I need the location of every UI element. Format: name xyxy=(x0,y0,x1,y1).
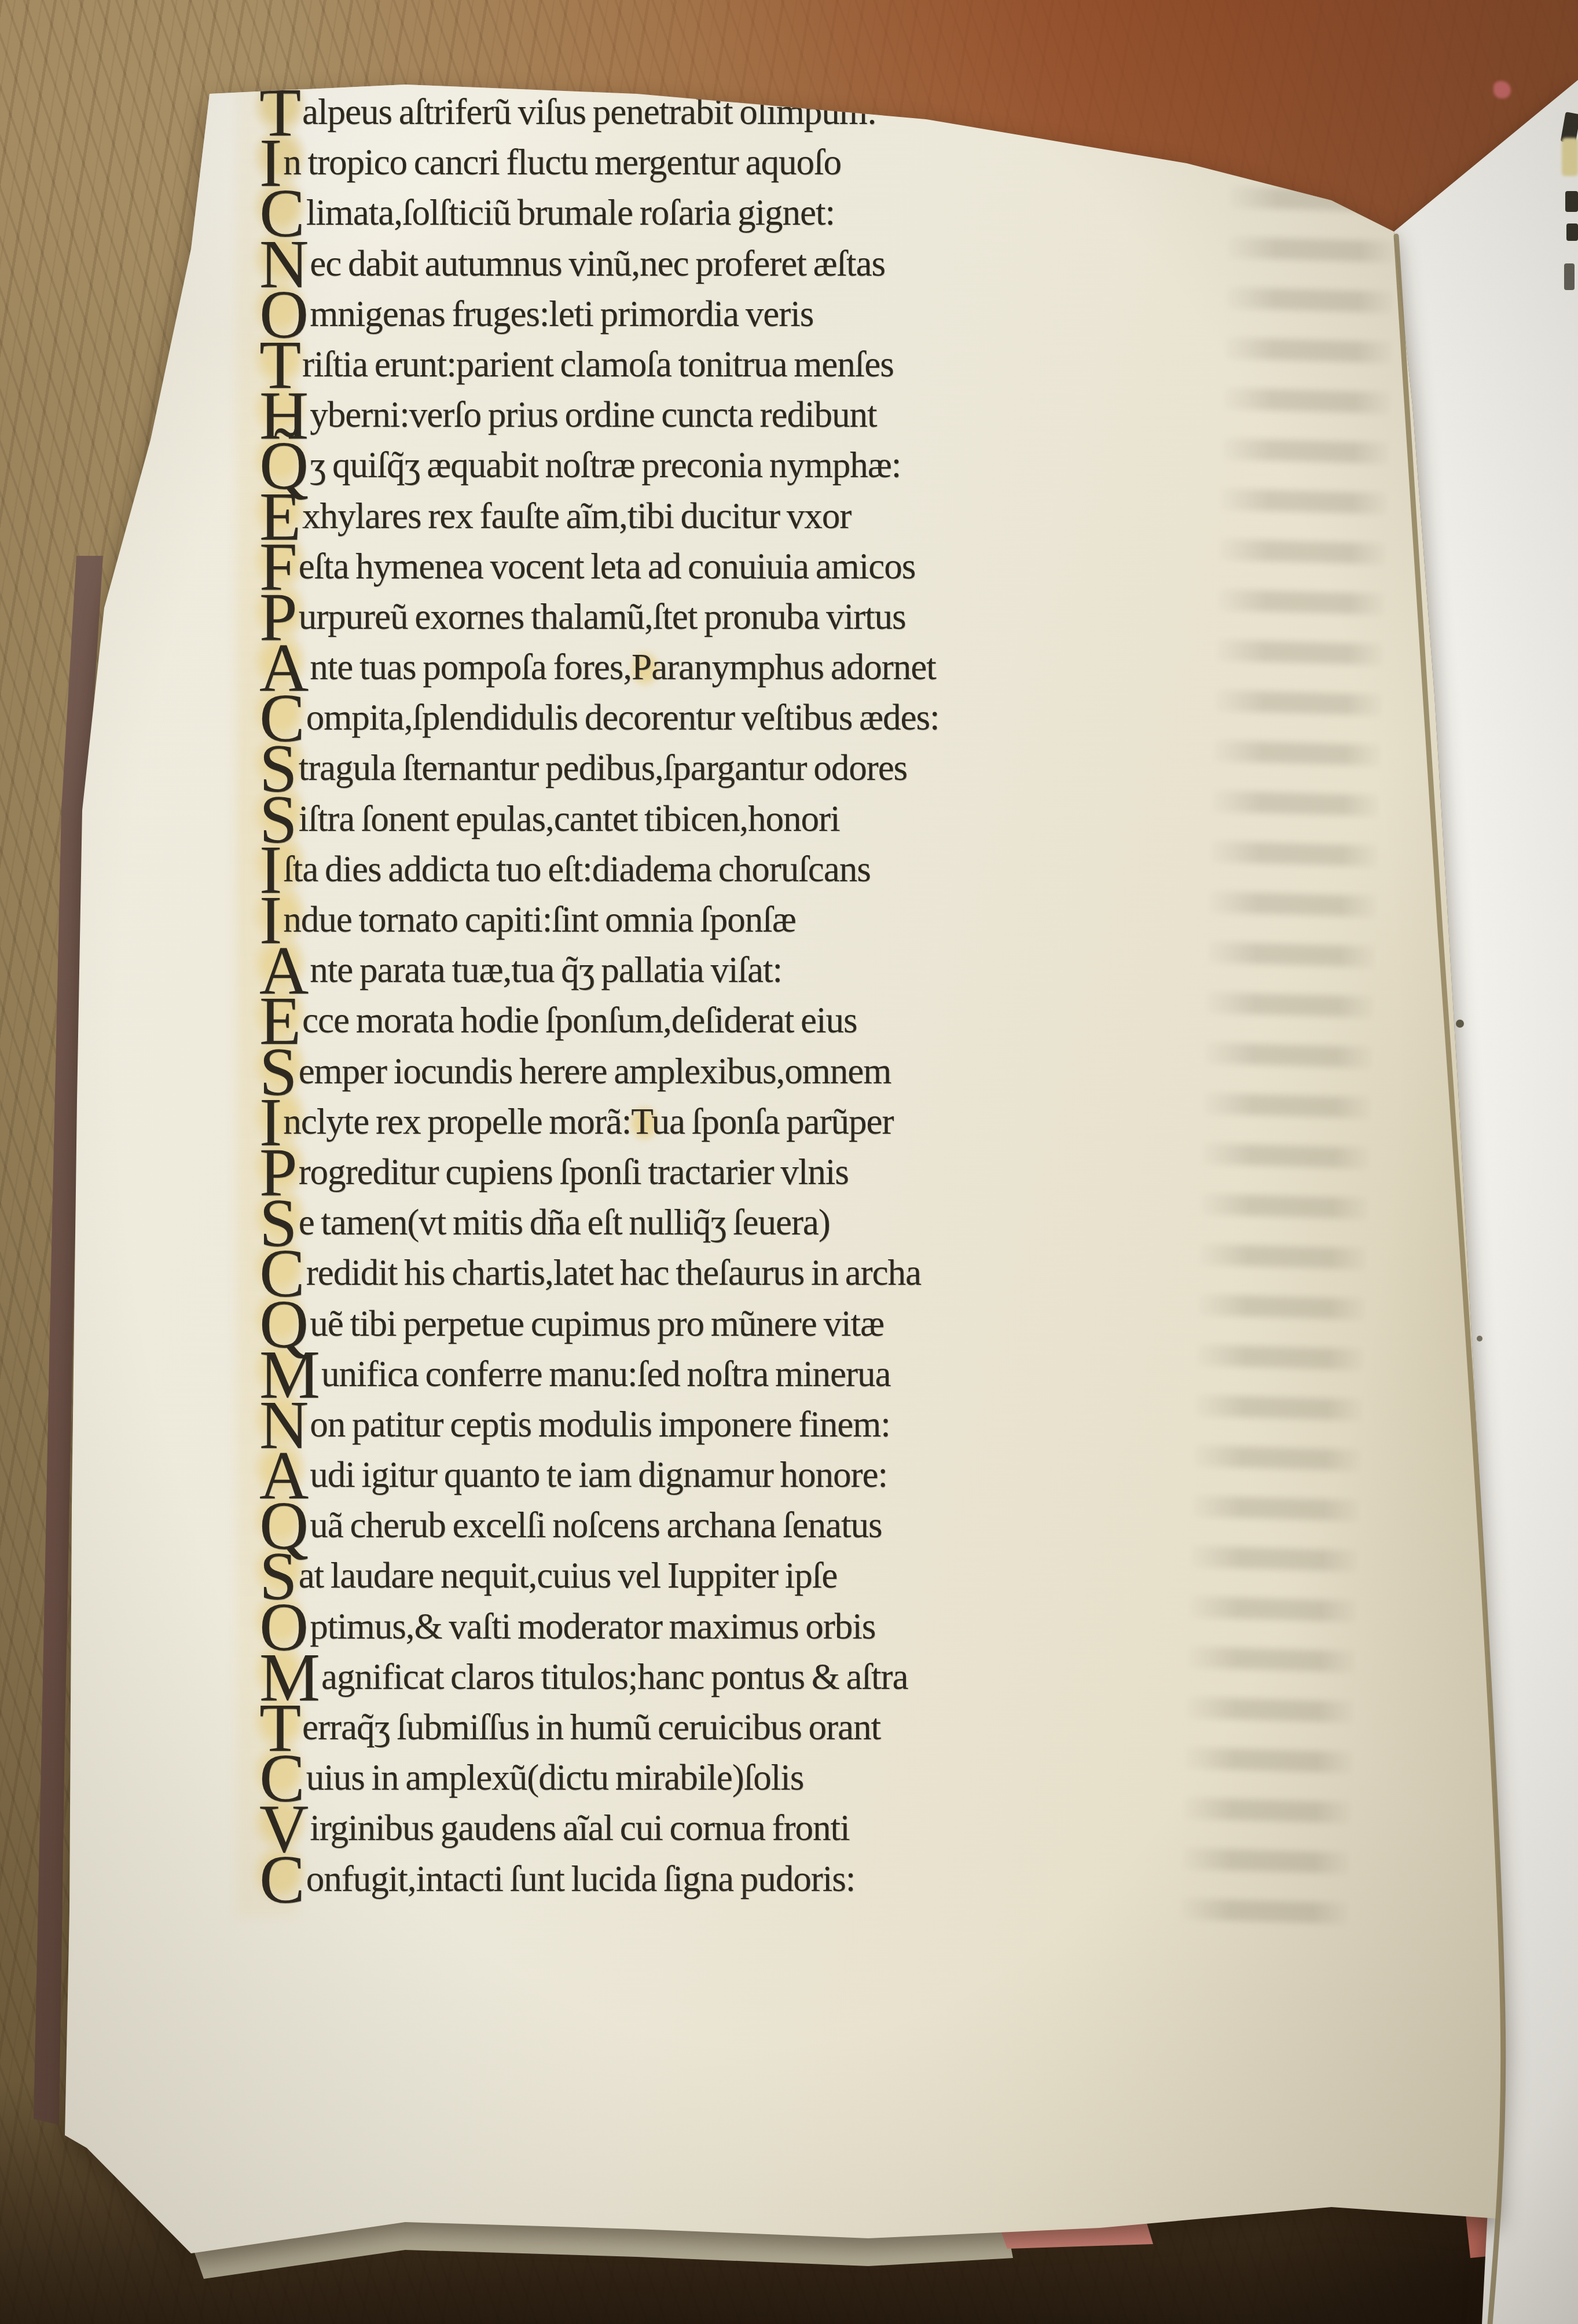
verse-line: Q̃ʒ quiſq̃ʒ æquabit noſtræ preconia nymp… xyxy=(259,440,940,490)
verse-line: Ecce morata hodie ſponſum,deſiderat eius xyxy=(259,995,940,1046)
verse-line: Se tamen(vt mitis dña eſt nulliq̃ʒ ſeuer… xyxy=(259,1197,940,1248)
rubricated-capital: P xyxy=(632,647,651,687)
verse-line: Credidit his chartis,latet hac theſaurus… xyxy=(259,1248,940,1298)
verse-line: Feſta hymenea vocent leta ad conuiuia am… xyxy=(259,541,940,592)
verse-line: Stragula ſternantur pedibus,ſpargantur o… xyxy=(259,743,940,793)
verse-line: Magnificat claros titulos;hanc pontus & … xyxy=(259,1652,940,1702)
verse-line: In tropico cancri fluctu mergentur aquoſ… xyxy=(259,137,940,188)
verse-line: Non patitur ceptis modulis imponere fine… xyxy=(259,1399,940,1450)
verse-line: Terraq̃ʒ ſubmiſſus in humũ ceruicibus or… xyxy=(259,1702,940,1753)
verse-line: Semper iocundis herere amplexibus,omnem xyxy=(259,1046,940,1097)
verse-line: Purpureũ exornes thalamũ,ſtet pronuba vi… xyxy=(259,592,940,642)
page-wrap: Talpeus aſtriferũ viſus penetrabit olimp… xyxy=(0,0,1578,2324)
verse-line: Triſtia erunt:parient clamoſa tonitrua m… xyxy=(259,339,940,390)
verse-line: Compita,ſplendidulis decorentur veſtibus… xyxy=(259,692,940,743)
verse-line: Talpeus aſtriferũ viſus penetrabit olimp… xyxy=(259,87,940,137)
verse-line: Quẽ tibi perpetue cupimus pro mũnere vit… xyxy=(259,1299,940,1349)
verse-line: Virginibus gaudens aĩal cui cornua front… xyxy=(259,1803,940,1853)
verse-line: Exhylares rex fauſte aĩm,tibi ducitur vx… xyxy=(259,491,940,541)
verse-line: Ante tuas pompoſa fores,Paranymphus ador… xyxy=(259,642,940,692)
rubricated-capital: T xyxy=(631,1101,651,1142)
verse-line: Omnigenas fruges:leti primordia veris xyxy=(259,289,940,339)
verse-line: Indue tornato capiti:ſint omnia ſponſæ xyxy=(259,895,940,945)
verse-line: Munifica conferre manu:ſed noſtra mineru… xyxy=(259,1349,940,1399)
verse-line: Siſtra ſonent epulas,cantet tibicen,hono… xyxy=(259,794,940,844)
text-block: Talpeus aſtriferũ viſus penetrabit olimp… xyxy=(259,87,940,1904)
photo-of-incunabulum-page: Talpeus aſtriferũ viſus penetrabit olimp… xyxy=(0,0,1578,2324)
verse-line: Nec dabit autumnus vinũ,nec proferet æſt… xyxy=(259,239,940,289)
verse-line: Audi igitur quanto te iam dignamur honor… xyxy=(259,1450,940,1500)
verse-line: Optimus,& vaſti moderator maximus orbis xyxy=(259,1601,940,1652)
verse-line: Ante parata tuæ,tua q̃ʒ pallatia viſat: xyxy=(259,945,940,995)
book-page: Talpeus aſtriferũ viſus penetrabit olimp… xyxy=(0,0,1578,2324)
verse-line: Hyberni:verſo prius ordine cuncta redibu… xyxy=(259,390,940,440)
verse-line: Climata,ſolſticiũ brumale roſaria gignet… xyxy=(259,188,940,238)
rubricated-initial: C xyxy=(259,1842,304,1918)
verse-line: Iſta dies addicta tuo eſt:diadema choruſ… xyxy=(259,844,940,895)
verse-line: Progreditur cupiens ſponſi tractarier vl… xyxy=(259,1147,940,1197)
verse-line: Confugit,intacti ſunt lucida ſigna pudor… xyxy=(259,1854,940,1904)
verse-line: Inclyte rex propelle morã:Tua ſponſa par… xyxy=(259,1097,940,1147)
verse-line: Cuius in amplexũ(dictu mirabile)ſolis xyxy=(259,1753,940,1803)
verse-line: Sat laudare nequit,cuius vel Iuppiter ip… xyxy=(259,1550,940,1601)
verse-line: Quã cherub excelſi noſcens archana ſenat… xyxy=(259,1500,940,1550)
show-through-text-ghost xyxy=(1177,136,1401,1947)
